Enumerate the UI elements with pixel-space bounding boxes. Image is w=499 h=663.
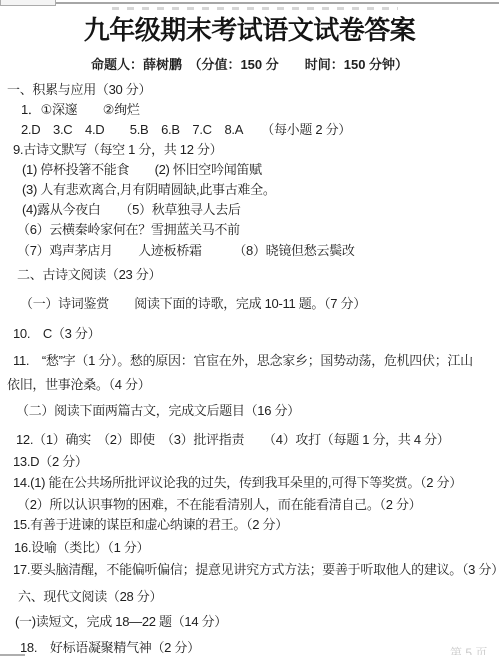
answer-line: 18. 好标语凝聚精气神（2 分） xyxy=(0,638,499,658)
answer-line: （7）鸡声茅店月 人迹板桥霜 （8）晓镜但愁云鬓改 xyxy=(0,241,499,261)
scroll-tab xyxy=(0,0,56,6)
answer-line: 12.（1）确实 （2）即使 （3）批评指责 （4）攻打（每题 1 分，共 4 … xyxy=(0,430,499,450)
answer-line: 9.古诗文默写（每空 1 分，共 12 分） xyxy=(0,140,499,160)
cut-off-text-remnant xyxy=(112,7,398,10)
answer-line: 17.要头脑清醒，不能偏听偏信；提意见讲究方式方法；要善于听取他人的建议。（3 … xyxy=(0,560,499,580)
answer-line: （2）所以认识事物的困难，不在能看清别人，而在能看清自己。（2 分） xyxy=(0,495,499,515)
section-heading: 六、现代文阅读（28 分） xyxy=(0,587,499,607)
page-number: 第 5 页 xyxy=(450,646,499,655)
page-title: 九年级期末考试语文试卷答案 xyxy=(0,14,499,46)
answer-line: （一）诗词鉴赏 阅读下面的诗歌，完成 10-11 题。（7 分） xyxy=(0,294,499,314)
answer-line: 1．①深邃 ②绚烂 xyxy=(0,100,499,120)
window-top-edge xyxy=(0,2,499,4)
answer-line: 依旧，世事沧桑。（4 分） xyxy=(0,375,499,395)
exam-meta-line: 命题人：薛树鹏 （分值：150 分 时间：150 分钟） xyxy=(0,56,499,74)
answer-line: (1) 停杯投箸不能食 (2) 怀旧空吟闻笛赋 xyxy=(0,160,499,180)
answer-line: (一)读短文，完成 18—22 题（14 分） xyxy=(0,612,499,632)
section-heading: 二、古诗文阅读（23 分） xyxy=(0,265,499,285)
answer-line: 11. “愁”字（1 分）。愁的原因：官宦在外，思念家乡；国势动荡，危机四伏；江… xyxy=(0,351,499,371)
answer-line: (3) 人有悲欢离合,月有阴晴圆缺,此事古难全。 xyxy=(0,180,499,200)
answer-line: （二）阅读下面两篇古文，完成文后题目（16 分） xyxy=(0,401,499,421)
answer-line: 14.(1) 能在公共场所批评议论我的过失，传到我耳朵里的,可得下等奖赏。（2 … xyxy=(0,473,499,493)
answer-line: 16.设喻（类比）（1 分） xyxy=(0,538,499,558)
document-page: 九年级期末考试语文试卷答案 命题人：薛树鹏 （分值：150 分 时间：150 分… xyxy=(0,0,499,663)
answer-body: 一、积累与应用（30 分） 1．①深邃 ②绚烂 2.D 3.C 4.D 5.B … xyxy=(0,80,499,658)
answer-line: 13.D（2 分） xyxy=(0,452,499,472)
answer-line: 2.D 3.C 4.D 5.B 6.B 7.C 8.A （每小题 2 分） xyxy=(0,120,499,140)
answer-line: （6）云横秦岭家何在？雪拥蓝关马不前 xyxy=(0,220,499,240)
answer-line: 10. C（3 分） xyxy=(0,324,499,344)
answer-line: (4)露从今夜白 （5）秋草独寻人去后 xyxy=(0,200,499,220)
answer-line: 15.有善于进谏的谋臣和虚心纳谏的君王。（2 分） xyxy=(0,515,499,535)
section-heading: 一、积累与应用（30 分） xyxy=(0,80,499,100)
page-edge-mark xyxy=(0,654,25,656)
